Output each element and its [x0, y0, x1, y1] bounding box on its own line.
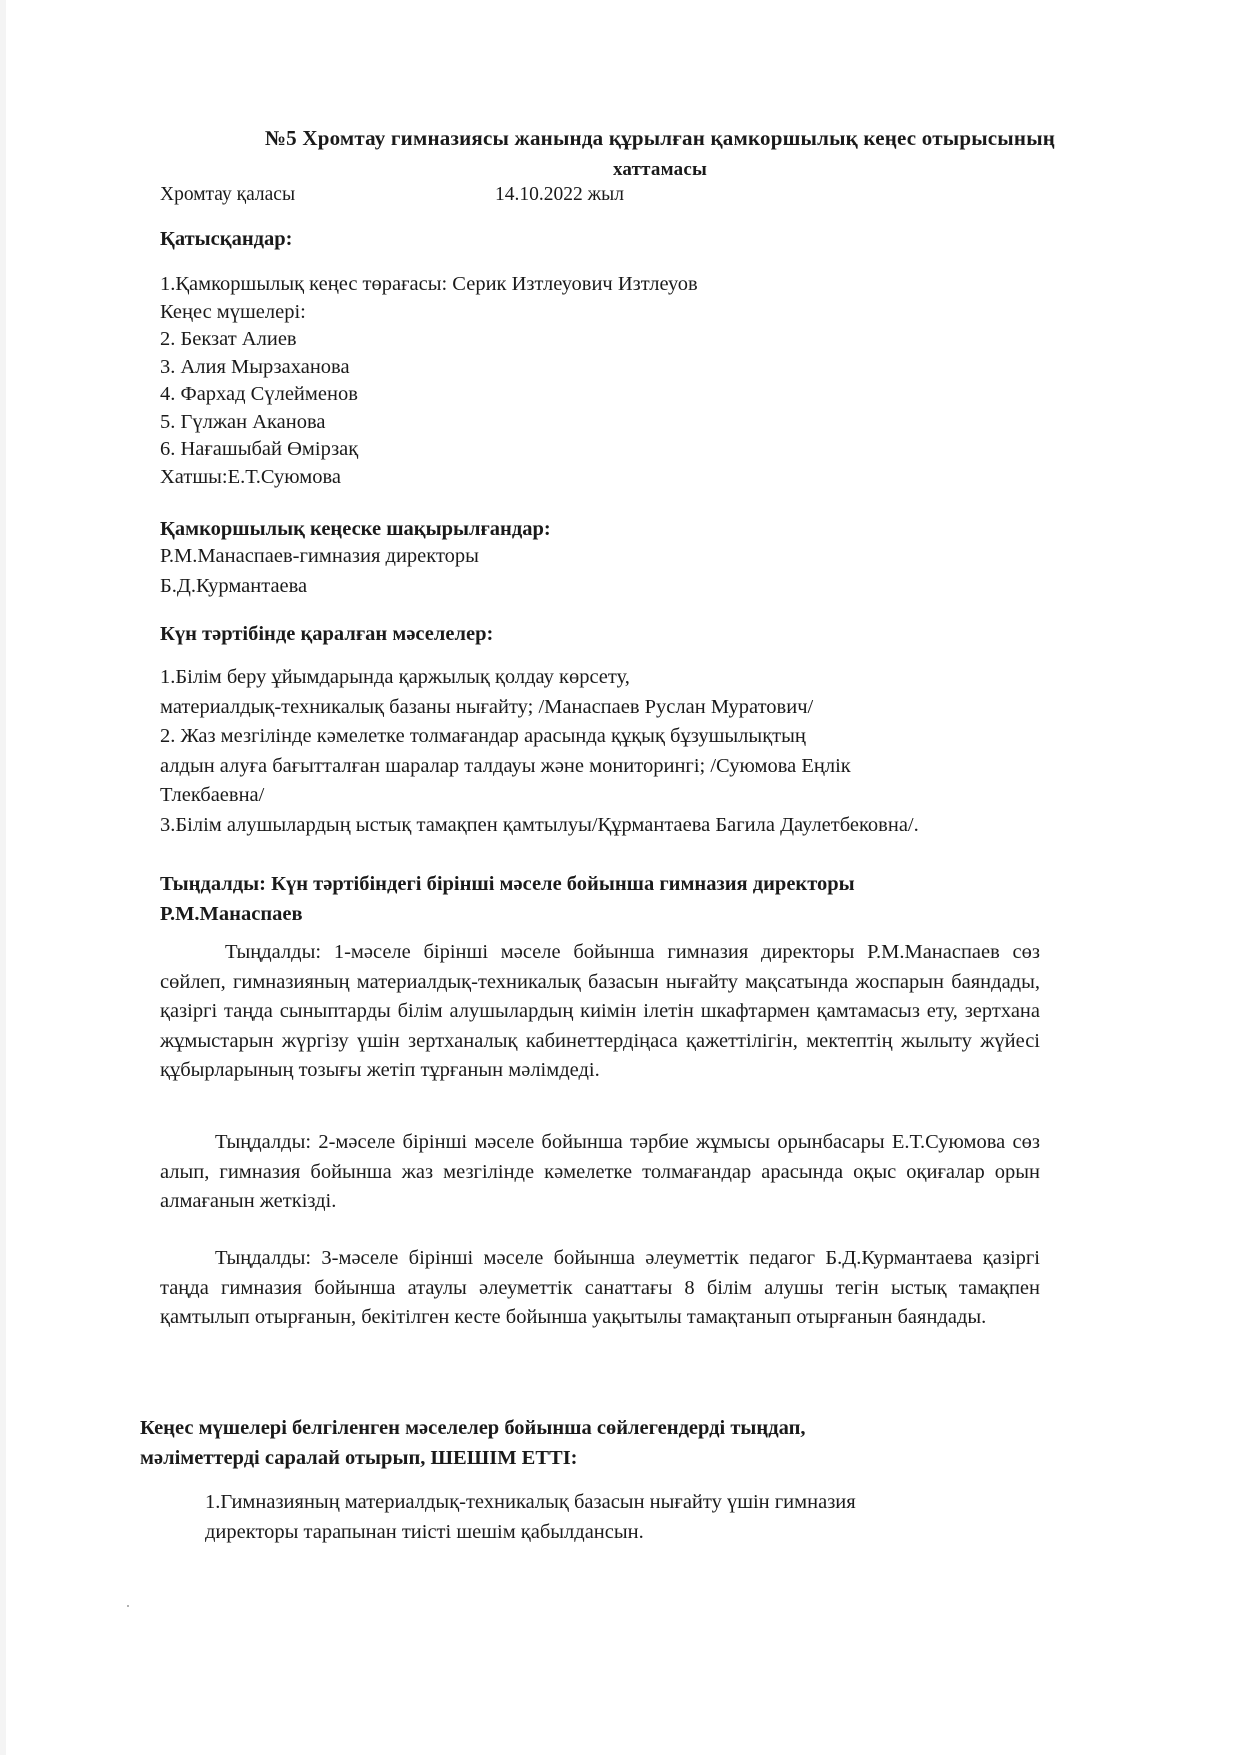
- document-title-line2: хаттамасы: [560, 159, 760, 181]
- decision-heading: Кеңес мүшелері белгіленген мәселелер бой…: [140, 1414, 806, 1473]
- agenda-line: 3.Білім алушылардың ыстық тамақпен қамты…: [160, 811, 919, 841]
- heard-heading-line2: Р.М.Манаспаев: [160, 900, 855, 930]
- member: 5. Гүлжан Аканова: [160, 408, 698, 438]
- invited-list: Р.М.Манаспаев-гимназия директоры Б.Д.Кур…: [160, 542, 479, 601]
- decision-heading-line2: мәліметтерді саралай отырып, ШЕШІМ ЕТТІ:: [140, 1444, 806, 1474]
- chair: 1.Қамкоршылық кеңес төрағасы: Серик Изтл…: [160, 270, 698, 300]
- scan-speck: [127, 1605, 129, 1607]
- invited-item: Б.Д.Курмантаева: [160, 572, 479, 602]
- heard-paragraph-3: Тыңдалды: 3-мәселе бірінші мәселе бойынш…: [160, 1244, 1040, 1333]
- agenda-line: 2. Жаз мезгілінде кәмелетке толмағандар …: [160, 722, 919, 752]
- members-label: Кеңес мүшелері:: [160, 298, 698, 328]
- scan-edge: [0, 0, 6, 1755]
- decision-list: 1.Гимназияның материалдық-техникалық баз…: [205, 1488, 856, 1547]
- secretary: Хатшы:Е.Т.Суюмова: [160, 463, 698, 493]
- member: 2. Бекзат Алиев: [160, 325, 698, 355]
- agenda-line: Тлекбаевна/: [160, 781, 919, 811]
- agenda-line: материалдық-техникалық базаны нығайту; /…: [160, 693, 919, 723]
- agenda-line: 1.Білім беру ұйымдарында қаржылық қолдау…: [160, 663, 919, 693]
- agenda-line: алдын алуға бағытталған шаралар талдауы …: [160, 752, 919, 782]
- decision-line: 1.Гимназияның материалдық-техникалық баз…: [205, 1488, 856, 1518]
- place: Хромтау қаласы: [160, 180, 295, 210]
- heard-paragraph-2: Тыңдалды: 2-мәселе бірінші мәселе бойынш…: [160, 1128, 1040, 1217]
- participants-heading: Қатысқандар:: [160, 225, 292, 255]
- document-title: №5 Хромтау гимназиясы жанында құрылған қ…: [190, 126, 1130, 151]
- decision-line: директоры тарапынан тиісті шешім қабылда…: [205, 1518, 856, 1548]
- invited-heading: Қамкоршылық кеңеске шақырылғандар:: [160, 515, 551, 545]
- agenda-list: 1.Білім беру ұйымдарында қаржылық қолдау…: [160, 663, 919, 840]
- decision-heading-line1: Кеңес мүшелері белгіленген мәселелер бой…: [140, 1414, 806, 1444]
- heard-heading-line1: Тыңдалды: Күн тәртібіндегі бірінші мәсел…: [160, 870, 855, 900]
- document-page: №5 Хромтау гимназиясы жанында құрылған қ…: [0, 0, 1240, 1755]
- member: 4. Фархад Сүлейменов: [160, 380, 698, 410]
- agenda-heading: Күн тәртібінде қаралған мәселелер:: [160, 620, 493, 650]
- member: 6. Нағашыбай Өмірзақ: [160, 435, 698, 465]
- invited-item: Р.М.Манаспаев-гимназия директоры: [160, 542, 479, 572]
- participants-list: 1.Қамкоршылық кеңес төрағасы: Серик Изтл…: [160, 270, 698, 492]
- heard-paragraph-1: Тыңдалды: 1-мәселе бірінші мәселе бойынш…: [160, 938, 1040, 1086]
- heard-heading: Тыңдалды: Күн тәртібіндегі бірінші мәсел…: [160, 870, 855, 929]
- date: 14.10.2022 жыл: [495, 180, 624, 210]
- member: 3. Алия Мырзаханова: [160, 353, 698, 383]
